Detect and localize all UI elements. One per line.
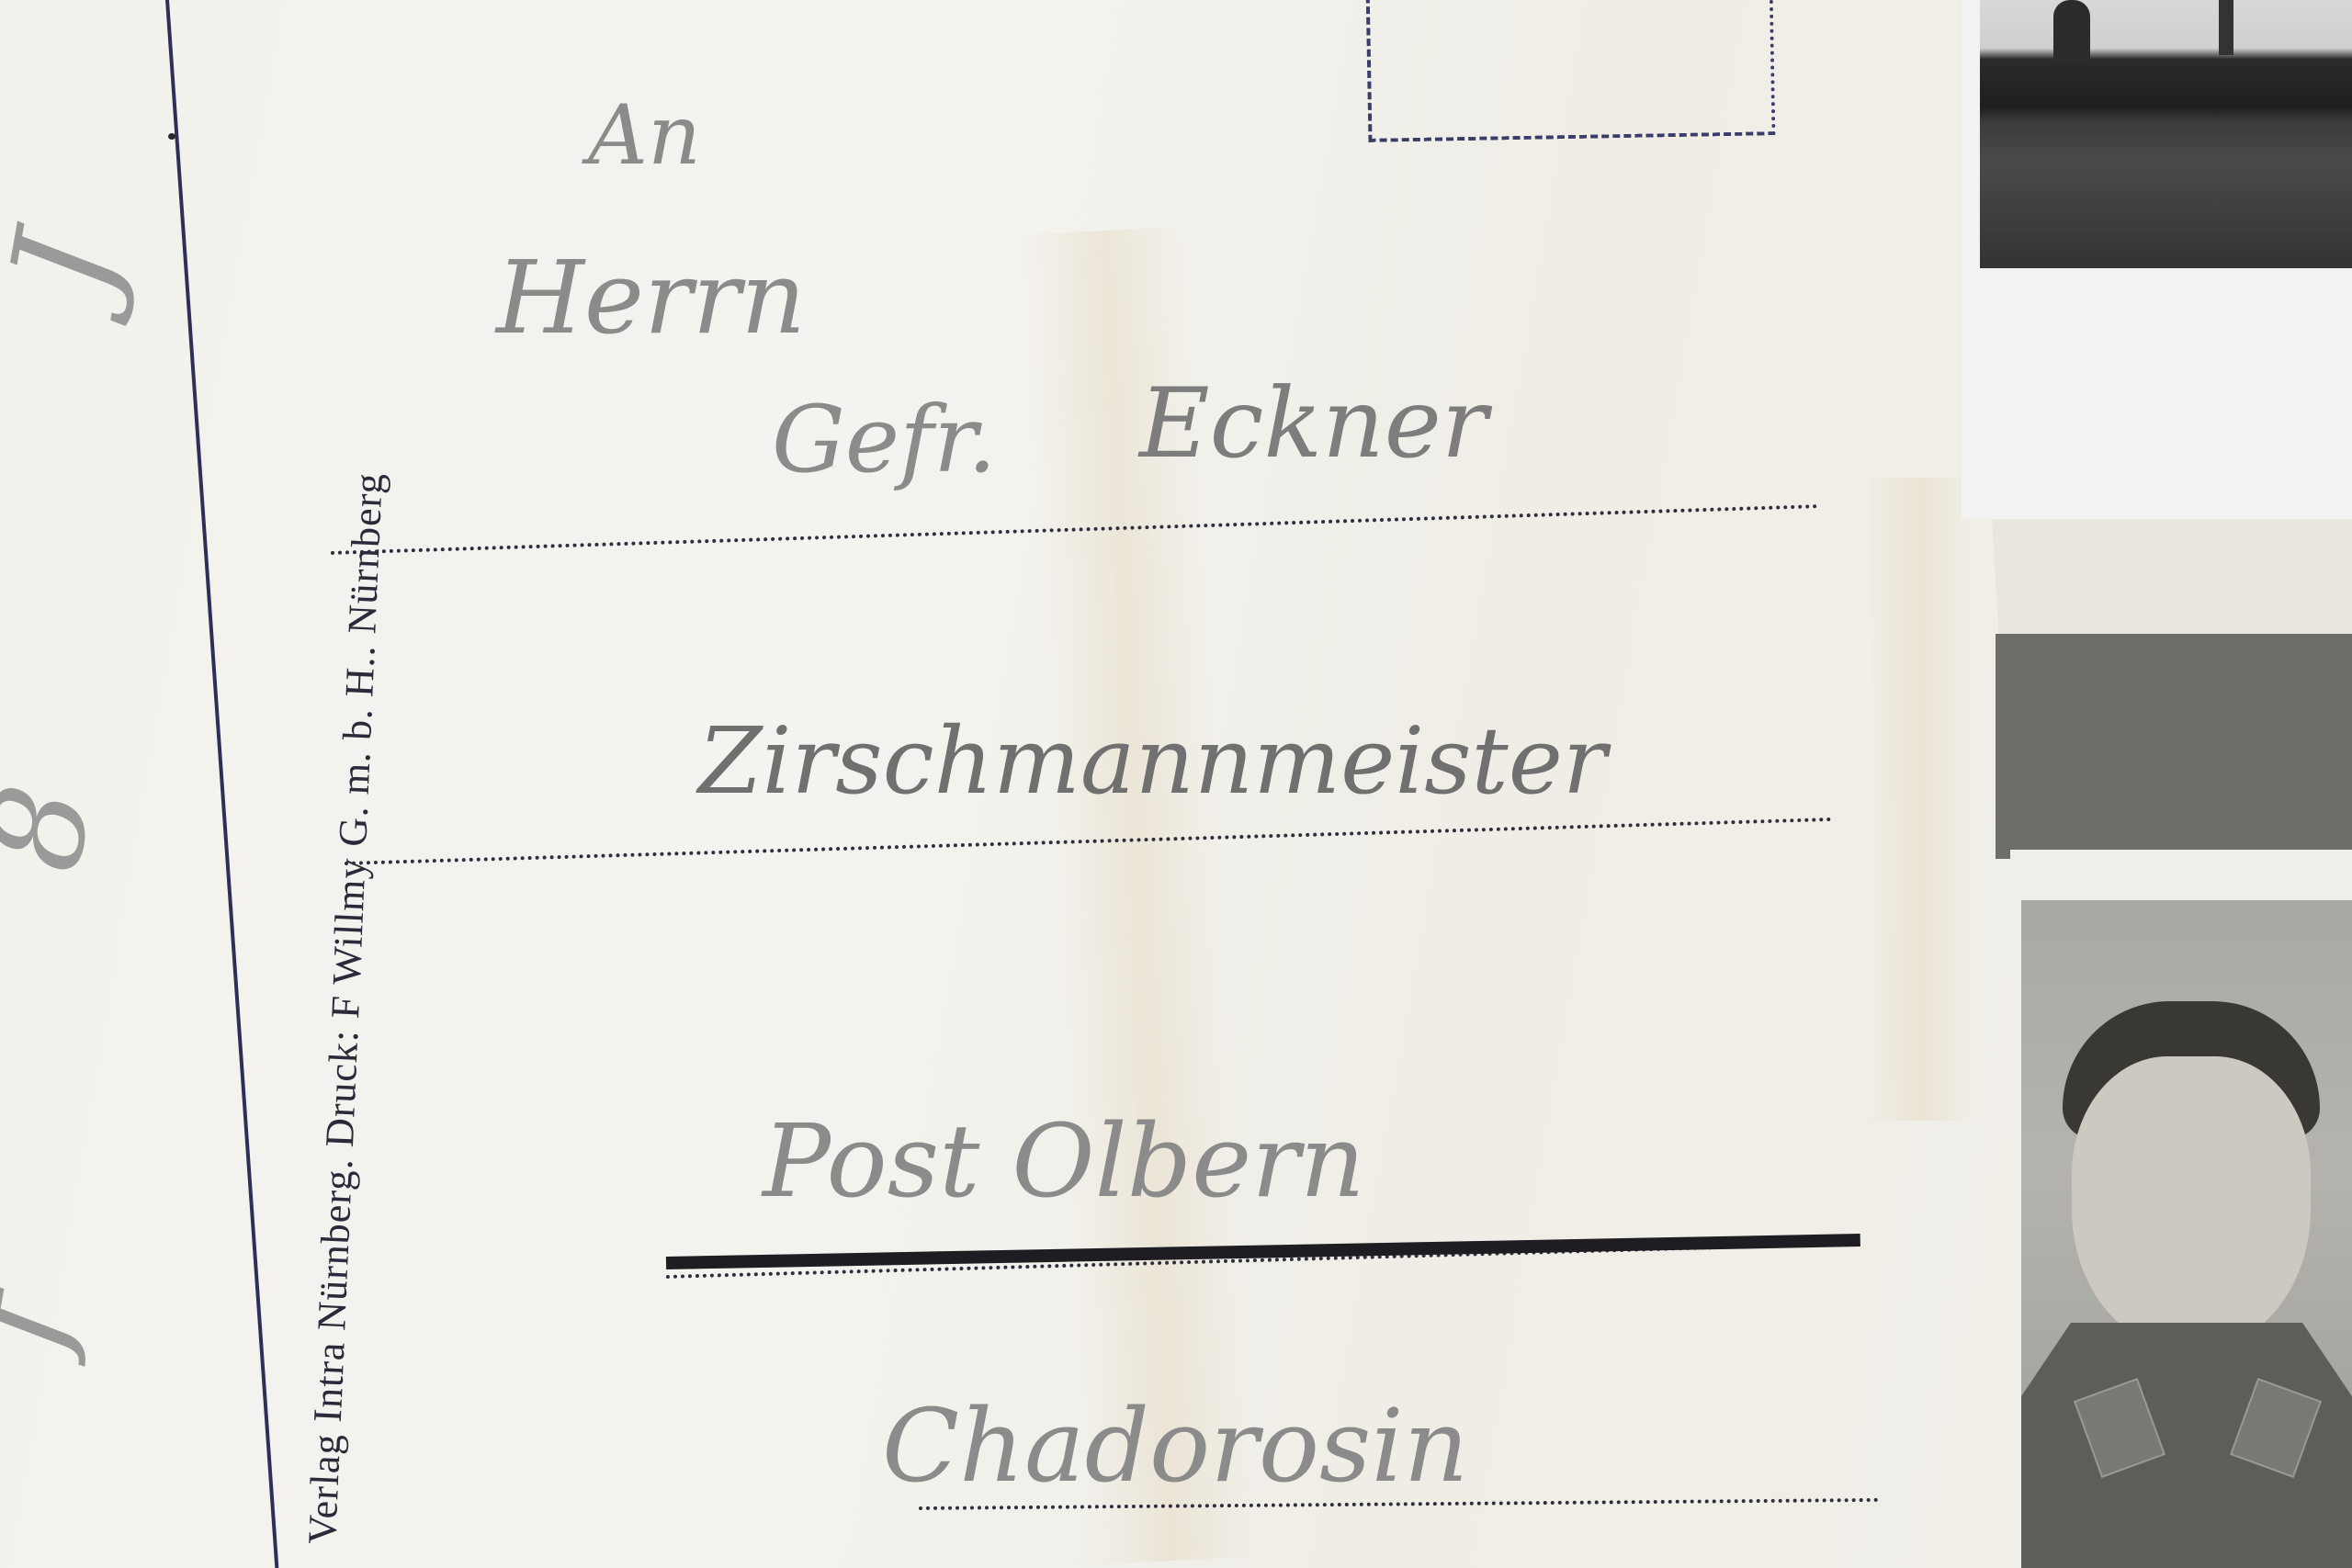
- album-page: [1996, 634, 2352, 859]
- ink-dot: [168, 133, 175, 140]
- stamp-box: [1366, 0, 1776, 142]
- center-divider-line: [165, 0, 278, 1568]
- handwriting-post: Post Olbern: [763, 1102, 1365, 1220]
- handwriting-an: An: [588, 87, 701, 184]
- postcard: J 8 f Verlag Intra Nürnberg. Druck: F Wi…: [0, 0, 2053, 1568]
- photo-portrait-image: [2021, 900, 2352, 1568]
- underline-rule: [666, 1234, 1860, 1269]
- margin-scribble-2: 8: [0, 774, 122, 881]
- handwriting-town: Chadorosin: [882, 1387, 1469, 1505]
- publisher-imprint: Verlag Intra Nürnberg. Druck: F Willmy G…: [299, 471, 392, 1545]
- margin-scribble-3: f: [0, 1281, 99, 1359]
- handwriting-gefr: Gefr.: [772, 386, 997, 493]
- photo-crowd-image: [1980, 0, 2352, 268]
- handwriting-eckner: Eckner: [1139, 367, 1487, 479]
- handwriting-herrn: Herrn: [496, 239, 806, 356]
- photo-crowd: [1962, 0, 2352, 519]
- portrait-face: [2072, 1056, 2311, 1350]
- water-stain-right: [1865, 478, 1975, 1121]
- margin-scribble-1: J: [0, 222, 148, 304]
- photo-portrait: [2010, 850, 2352, 1568]
- handwriting-occupation: Zirschmannmeister: [698, 707, 1607, 815]
